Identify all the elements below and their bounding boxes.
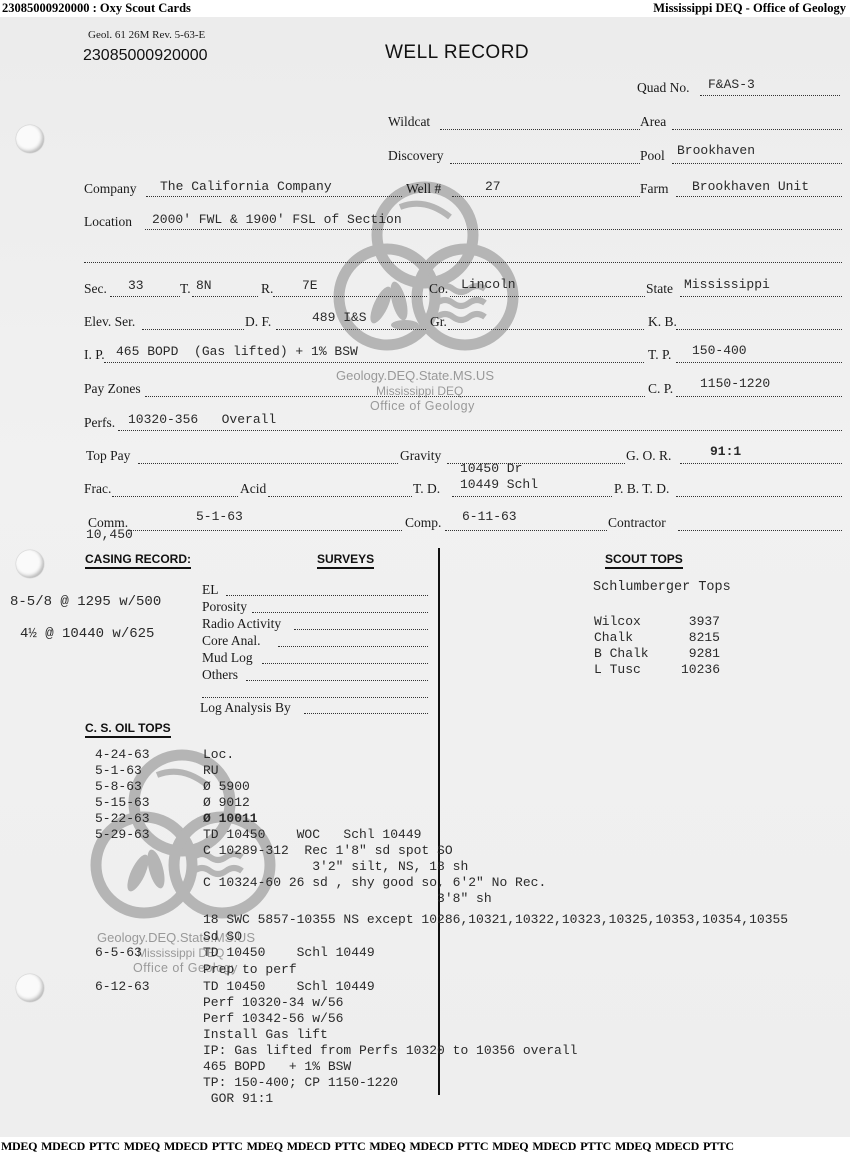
footer-item: PTTC xyxy=(703,1139,734,1154)
farm-value: Brookhaven Unit xyxy=(692,179,809,194)
log-text: Sd SO xyxy=(203,929,242,944)
quad-no-label: Quad No. xyxy=(637,80,690,96)
cs-oil-tops-heading: C. S. OIL TOPS xyxy=(85,721,171,735)
comm-extra-depth: 10,450 xyxy=(86,527,133,542)
survey-others-label: Others xyxy=(202,667,238,683)
footer-item: MDECD xyxy=(164,1139,208,1154)
log-text: Install Gas lift xyxy=(203,1027,328,1042)
location-label: Location xyxy=(84,214,132,230)
punch-hole xyxy=(16,974,44,1002)
log-date: 5-1-63 xyxy=(95,763,142,778)
pool-line xyxy=(672,163,842,164)
punch-hole xyxy=(16,550,44,578)
log-text: 18 SWC 5857-10355 NS except 10286,10321,… xyxy=(203,912,788,927)
elev-ser-line xyxy=(142,329,244,330)
pbtd-label: P. B. T. D. xyxy=(614,481,669,497)
footer-item: MDECD xyxy=(410,1139,454,1154)
comm-value: 5-1-63 xyxy=(196,509,243,524)
pbtd-line xyxy=(676,496,842,497)
top-pay-line xyxy=(138,463,398,464)
log-text: Loc. xyxy=(203,747,234,762)
scout-top-depth: 3937 xyxy=(680,614,720,629)
discovery-line xyxy=(450,163,640,164)
log-text: TD 10450 Schl 10449 xyxy=(203,945,375,960)
state-label: State xyxy=(646,281,673,297)
location-value: 2000' FWL & 1900' FSL of Section xyxy=(152,212,402,227)
farm-line xyxy=(676,196,842,197)
well-no-line xyxy=(452,196,640,197)
farm-label: Farm xyxy=(640,181,669,197)
scout-tops-subheading: Schlumberger Tops xyxy=(593,580,731,595)
document-title: 23085000920000 : Oxy Scout Cards xyxy=(2,1,191,16)
log-date: 5-22-63 xyxy=(95,811,150,826)
log-date: 6-5-63 xyxy=(95,945,142,960)
company-label: Company xyxy=(84,181,137,197)
sec-label: Sec. xyxy=(84,281,107,297)
footer-item: MDEQ xyxy=(124,1139,160,1154)
sec-line xyxy=(110,296,180,297)
gravity-label: Gravity xyxy=(400,448,441,464)
tp-line xyxy=(676,362,842,363)
scout-top-name: B Chalk xyxy=(594,646,649,661)
survey-others-line xyxy=(246,680,428,681)
survey-radio-activity-label: Radio Activity xyxy=(202,616,281,632)
comp-line xyxy=(445,530,607,531)
comm-line xyxy=(128,530,402,531)
source-agency: Mississippi DEQ - Office of Geology xyxy=(653,1,846,16)
ip-label: I. P. xyxy=(84,347,105,363)
pool-label: Pool xyxy=(640,148,665,164)
cp-label: C. P. xyxy=(648,381,673,397)
log-text: TP: 150-400; CP 1150-1220 xyxy=(203,1075,398,1090)
df-label: D. F. xyxy=(245,314,271,330)
co-line xyxy=(450,296,645,297)
log-text: IP: Gas lifted from Perfs 10320 to 10356… xyxy=(203,1043,577,1058)
area-label: Area xyxy=(640,114,666,130)
acid-label: Acid xyxy=(240,481,266,497)
td-label: T. D. xyxy=(413,481,440,497)
co-label: Co. xyxy=(429,281,448,297)
log-text: GOR 91:1 xyxy=(203,1091,273,1106)
casing-item: 8-5/8 @ 1295 w/500 xyxy=(10,594,161,610)
punch-hole xyxy=(16,125,44,153)
footer-item: PTTC xyxy=(335,1139,366,1154)
pay-zones-line xyxy=(145,396,645,397)
tp-value: 150-400 xyxy=(692,343,747,358)
log-text: Perf 10342-56 w/56 xyxy=(203,1011,343,1026)
area-line xyxy=(672,129,842,130)
discovery-label: Discovery xyxy=(388,148,443,164)
perfs-label: Perfs. xyxy=(84,415,115,431)
company-line xyxy=(146,196,402,197)
survey-porosity-line xyxy=(252,612,428,613)
log-date: 5-15-63 xyxy=(95,795,150,810)
footer-item: MDEQ xyxy=(247,1139,283,1154)
quad-no-value: F&AS-3 xyxy=(708,77,755,92)
viewer-header: 23085000920000 : Oxy Scout Cards Mississ… xyxy=(0,0,850,17)
t-value: 8N xyxy=(196,278,212,293)
log-date: 4-24-63 xyxy=(95,747,150,762)
footer-item: MDEQ xyxy=(1,1139,37,1154)
casing-record-heading: CASING RECORD: xyxy=(85,552,191,566)
top-pay-label: Top Pay xyxy=(86,448,130,464)
log-text: TD 10450 WOC Schl 10449 xyxy=(203,827,421,842)
footer-item: MDECD xyxy=(532,1139,576,1154)
t-line xyxy=(192,296,258,297)
footer-item: MDEQ xyxy=(615,1139,651,1154)
scout-top-name: L Tusc xyxy=(594,662,641,677)
casing-record-heading-text: CASING RECORD: xyxy=(85,552,191,569)
kb-line xyxy=(676,329,842,330)
log-text: Ø 5900 xyxy=(203,779,250,794)
log-text: 3'2" silt, NS, 18 sh xyxy=(203,859,468,874)
well-no-value: 27 xyxy=(485,179,501,194)
t-label: T. xyxy=(180,281,191,297)
df-line xyxy=(276,329,426,330)
cp-line xyxy=(676,396,842,397)
quad-no-line xyxy=(700,95,840,96)
wildcat-label: Wildcat xyxy=(388,114,430,130)
footer-item: MDEQ xyxy=(492,1139,528,1154)
scout-top-depth: 10236 xyxy=(672,662,720,677)
kb-label: K. B. xyxy=(648,314,677,330)
survey-mud-log-line xyxy=(262,663,428,664)
footer-item: PTTC xyxy=(580,1139,611,1154)
location-line-2 xyxy=(84,262,842,263)
cs-oil-tops-heading-text: C. S. OIL TOPS xyxy=(85,721,171,738)
sec-value: 33 xyxy=(128,278,144,293)
r-line xyxy=(273,296,427,297)
well-record-card: Geology.DEQ.State.MS.US Mississippi DEQ … xyxy=(0,17,850,1137)
df-value: 489 I&S xyxy=(312,310,367,325)
comp-label: Comp. xyxy=(405,515,441,531)
gor-value: 91:1 xyxy=(710,444,741,459)
form-code: Geol. 61 26M Rev. 5-63-E xyxy=(88,29,205,41)
watermark-office: Office of Geology xyxy=(370,399,475,413)
scout-tops-heading-text: SCOUT TOPS xyxy=(605,552,683,569)
casing-item: 4½ @ 10440 w/625 xyxy=(20,626,154,642)
scout-top-name: Chalk xyxy=(594,630,633,645)
gr-line xyxy=(448,329,644,330)
scout-top-depth: 8215 xyxy=(680,630,720,645)
gr-label: Gr. xyxy=(430,314,447,330)
log-text: Ø 9012 xyxy=(203,795,250,810)
survey-blank-line xyxy=(202,697,428,698)
survey-el-label: EL xyxy=(202,582,219,598)
wildcat-line xyxy=(440,129,640,130)
r-label: R. xyxy=(261,281,273,297)
frac-line xyxy=(112,496,238,497)
footer-item: MDECD xyxy=(655,1139,699,1154)
footer-agencies: MDEQ MDECD PTTC MDEQ MDECD PTTC MDEQ MDE… xyxy=(0,1139,850,1160)
scout-top-depth: 9281 xyxy=(680,646,720,661)
footer-item: MDEQ xyxy=(369,1139,405,1154)
log-text: C 10289-312 Rec 1'8" sd spot SO xyxy=(203,843,453,858)
api-number: 23085000920000 xyxy=(83,47,208,65)
log-text: TD 10450 Schl 10449 xyxy=(203,979,375,994)
td-value-drill: 10450 Dr xyxy=(460,461,522,476)
log-text: Perf 10320-34 w/56 xyxy=(203,995,343,1010)
company-value: The California Company xyxy=(160,179,332,194)
footer-item: PTTC xyxy=(212,1139,243,1154)
log-text: 465 BOPD + 1% BSW xyxy=(203,1059,351,1074)
pay-zones-label: Pay Zones xyxy=(84,381,141,397)
acid-line xyxy=(268,496,412,497)
co-value: Lincoln xyxy=(461,277,516,292)
state-line xyxy=(680,296,842,297)
well-no-label: Well # xyxy=(406,181,441,197)
log-text: 3'8" sh xyxy=(203,891,492,906)
r-value: 7E xyxy=(302,278,318,293)
location-line xyxy=(145,229,842,230)
log-text: Prep to perf xyxy=(203,962,297,977)
log-text: Ø 10011 xyxy=(203,811,258,826)
gor-label: G. O. R. xyxy=(626,448,671,464)
tp-label: T. P. xyxy=(648,347,671,363)
perfs-value: 10320-356 Overall xyxy=(128,412,276,427)
contractor-line xyxy=(678,530,842,531)
footer-item: MDECD xyxy=(41,1139,85,1154)
log-date: 5-8-63 xyxy=(95,779,142,794)
footer-item: PTTC xyxy=(89,1139,120,1154)
page-title: WELL RECORD xyxy=(385,42,529,64)
scout-top-name: Wilcox xyxy=(594,614,641,629)
td-value-schl: 10449 Schl xyxy=(460,477,538,492)
log-analysis-line xyxy=(304,713,428,714)
column-divider xyxy=(438,548,440,1095)
perfs-line xyxy=(118,430,842,431)
log-date: 6-12-63 xyxy=(95,979,150,994)
log-text: RU xyxy=(203,763,219,778)
survey-radio-activity-line xyxy=(294,629,428,630)
survey-core-anal-line xyxy=(278,646,428,647)
footer-item: PTTC xyxy=(457,1139,488,1154)
gor-line xyxy=(680,463,842,464)
scout-tops-heading: SCOUT TOPS xyxy=(605,552,683,566)
comp-value: 6-11-63 xyxy=(462,509,517,524)
contractor-label: Contractor xyxy=(608,515,666,531)
footer-item: MDECD xyxy=(287,1139,331,1154)
log-analysis-label: Log Analysis By xyxy=(200,700,291,716)
surveys-heading: SURVEYS xyxy=(317,552,374,566)
survey-core-anal-label: Core Anal. xyxy=(202,633,261,649)
watermark-url: Geology.DEQ.State.MS.US xyxy=(336,368,494,383)
log-date: 5-29-63 xyxy=(95,827,150,842)
ip-value: 465 BOPD (Gas lifted) + 1% BSW xyxy=(116,344,358,359)
survey-porosity-label: Porosity xyxy=(202,599,247,615)
log-text: C 10324-60 26 sd , shy good so, 6'2" No … xyxy=(203,875,546,890)
ip-line xyxy=(104,362,644,363)
surveys-heading-text: SURVEYS xyxy=(317,552,374,569)
elev-ser-label: Elev. Ser. xyxy=(84,314,135,330)
cp-value: 1150-1220 xyxy=(700,376,770,391)
survey-el-line xyxy=(226,595,428,596)
td-line xyxy=(452,496,612,497)
survey-mud-log-label: Mud Log xyxy=(202,650,253,666)
state-value: Mississippi xyxy=(684,277,770,292)
pool-value: Brookhaven xyxy=(677,143,755,158)
frac-label: Frac. xyxy=(84,481,111,497)
